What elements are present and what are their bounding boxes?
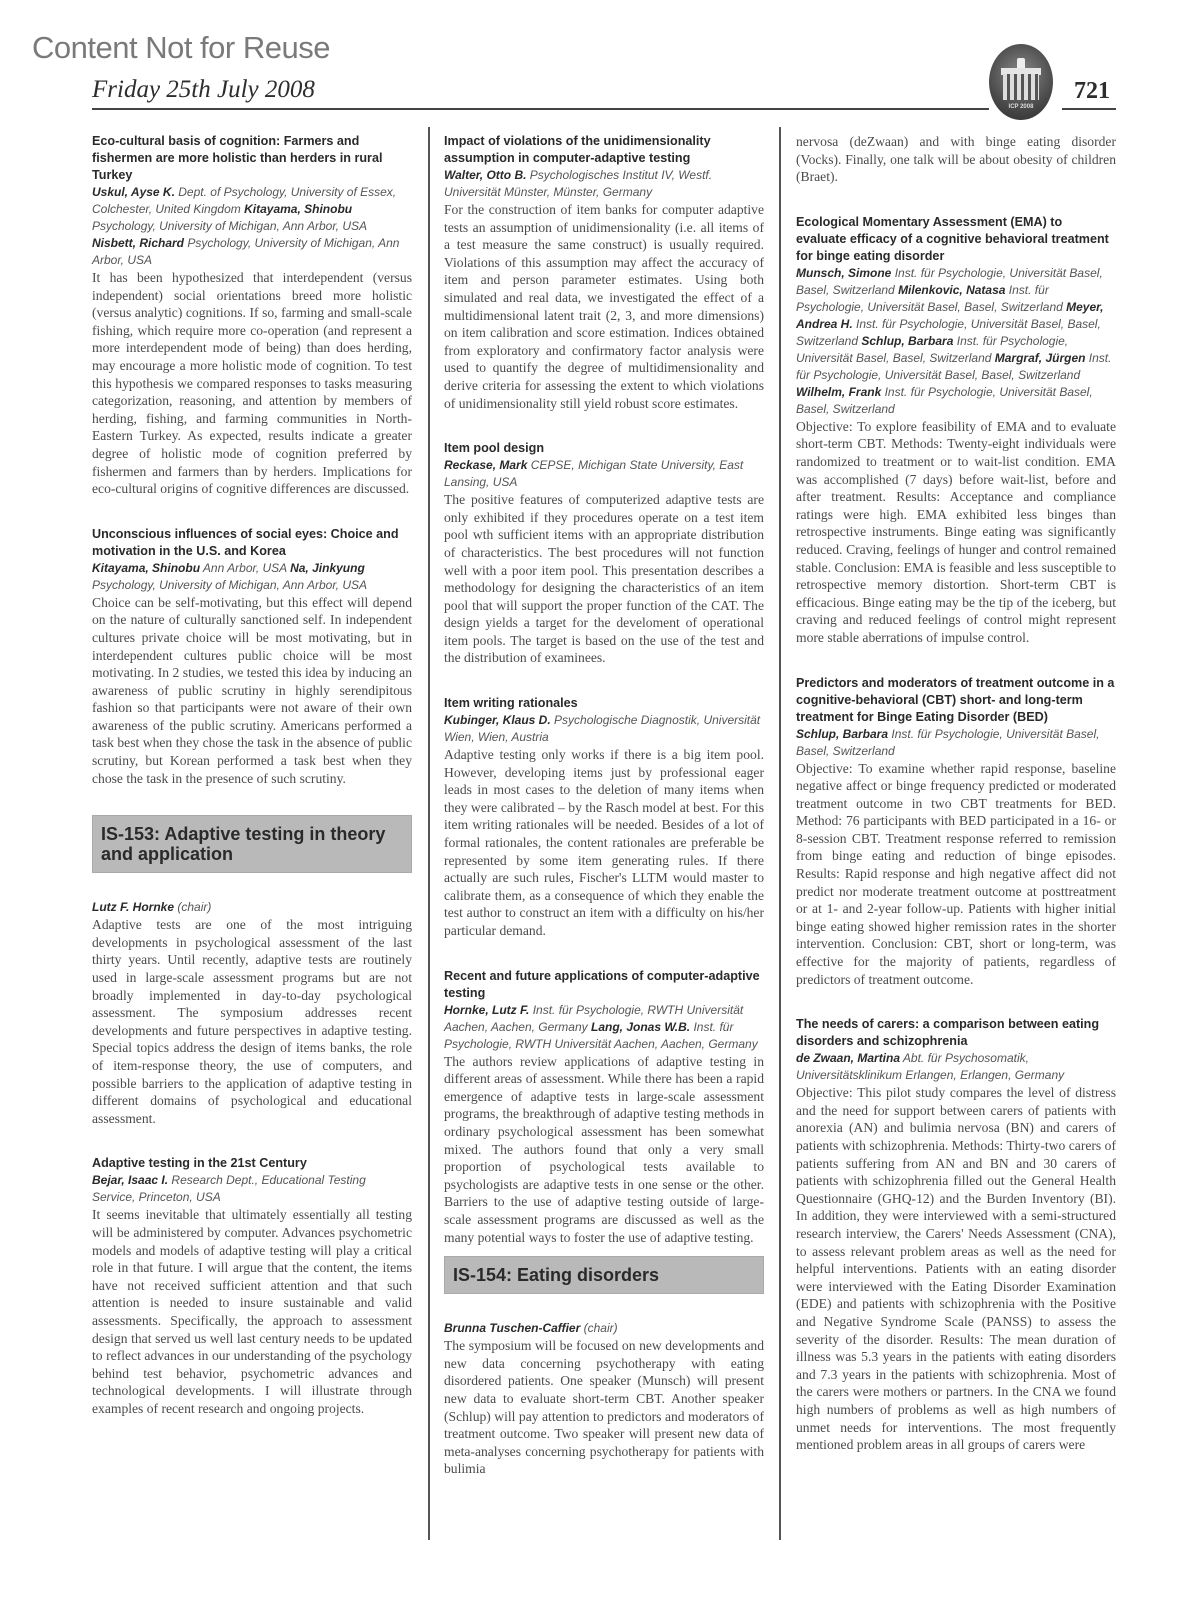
author-affiliation: Ann Arbor, USA xyxy=(203,561,287,575)
column-1: Eco-cultural basis of cognition: Farmers… xyxy=(92,133,412,1446)
column-2: Impact of violations of the unidimension… xyxy=(444,133,764,1506)
page-number: 721 xyxy=(1074,78,1110,105)
chair-label: (chair) xyxy=(584,1321,618,1335)
abstract-needs-of-carers: The needs of carers: a comparison betwee… xyxy=(796,1016,1116,1453)
session-heading-is-154: IS-154: Eating disorders xyxy=(444,1256,764,1294)
abstract-title: Item writing rationales xyxy=(444,695,764,712)
header-rule-right xyxy=(1062,108,1116,110)
chair-label: (chair) xyxy=(177,900,211,914)
abstract-title: The needs of carers: a comparison betwee… xyxy=(796,1016,1116,1050)
session-chair-block: Brunna Tuschen-Caffier (chair) The sympo… xyxy=(444,1320,764,1478)
session-chair-block: Lutz F. Hornke (chair) Adaptive tests ar… xyxy=(92,899,412,1127)
abstract-body: For the construction of item banks for c… xyxy=(444,201,764,412)
session-description: Adaptive tests are one of the most intri… xyxy=(92,916,412,1127)
session-heading-is-153: IS-153: Adaptive testing in theory and a… xyxy=(92,815,412,873)
column-divider-2 xyxy=(779,127,781,1540)
author-name: Schlup, Barbara xyxy=(861,334,953,348)
abstract-body: It seems inevitable that ultimately esse… xyxy=(92,1206,412,1417)
author-list: Munsch, Simone Inst. für Psychologie, Un… xyxy=(796,265,1116,418)
abstract-body: Objective: This pilot study compares the… xyxy=(796,1084,1116,1453)
session-description: The symposium will be focused on new dev… xyxy=(444,1337,764,1478)
author-affiliation: Psychology, University of Michigan, Ann … xyxy=(92,578,367,592)
author-name: Schlup, Barbara xyxy=(796,727,888,741)
author-list: Kubinger, Klaus D. Psychologische Diagno… xyxy=(444,712,764,746)
author-list: Reckase, Mark CEPSE, Michigan State Univ… xyxy=(444,457,764,491)
author-list: Walter, Otto B. Psychologisches Institut… xyxy=(444,167,764,201)
author-list: Schlup, Barbara Inst. für Psychologie, U… xyxy=(796,726,1116,760)
abstract-body: Objective: To explore feasibility of EMA… xyxy=(796,418,1116,647)
abstract-body: Objective: To examine whether rapid resp… xyxy=(796,760,1116,989)
abstract-title: Predictors and moderators of treatment o… xyxy=(796,675,1116,726)
author-list: Uskul, Ayse K. Dept. of Psychology, Univ… xyxy=(92,184,412,269)
quadriga-shape xyxy=(1017,58,1025,68)
session-description-continuation: nervosa (deZwaan) and with binge eating … xyxy=(796,133,1116,186)
abstract-title: Unconscious influences of social eyes: C… xyxy=(92,526,412,560)
abstract-item-writing: Item writing rationales Kubinger, Klaus … xyxy=(444,695,764,940)
author-name: de Zwaan, Martina xyxy=(796,1051,900,1065)
author-name: Kitayama, Shinobu xyxy=(92,561,200,575)
brandenburg-gate-logo-icon: ICP 2008 xyxy=(989,44,1053,120)
author-name: Uskul, Ayse K. xyxy=(92,185,175,199)
abstract-item-pool-design: Item pool design Reckase, Mark CEPSE, Mi… xyxy=(444,440,764,667)
running-header-date: Friday 25th July 2008 xyxy=(92,76,315,104)
abstract-title: Ecological Momentary Assessment (EMA) to… xyxy=(796,214,1116,265)
author-affiliation: Psychology, University of Michigan, Ann … xyxy=(92,219,367,233)
abstract-body: The authors review applications of adapt… xyxy=(444,1053,764,1247)
abstract-recent-future-cat: Recent and future applications of comput… xyxy=(444,968,764,1247)
author-name: Reckase, Mark xyxy=(444,458,527,472)
gate-columns-shape xyxy=(1003,74,1039,100)
abstract-title: Eco-cultural basis of cognition: Farmers… xyxy=(92,133,412,184)
column-3: nervosa (deZwaan) and with binge eating … xyxy=(796,133,1116,1482)
author-list: Hornke, Lutz F. Inst. für Psychologie, R… xyxy=(444,1002,764,1053)
abstract-eco-cultural: Eco-cultural basis of cognition: Farmers… xyxy=(92,133,412,498)
header-rule xyxy=(92,108,989,110)
watermark: Content Not for Reuse xyxy=(32,30,330,66)
author-name: Nisbett, Richard xyxy=(92,236,184,250)
author-name: Margraf, Jürgen xyxy=(995,351,1086,365)
author-name: Bejar, Isaac I. xyxy=(92,1173,168,1187)
author-list: Bejar, Isaac I. Research Dept., Educatio… xyxy=(92,1172,412,1206)
abstract-body: The positive features of computerized ad… xyxy=(444,491,764,667)
chair-name: Lutz F. Hornke xyxy=(92,900,174,914)
author-name: Wilhelm, Frank xyxy=(796,385,881,399)
abstract-social-eyes: Unconscious influences of social eyes: C… xyxy=(92,526,412,788)
logo-text: ICP 2008 xyxy=(989,104,1053,110)
author-list: Kitayama, Shinobu Ann Arbor, USA Na, Jin… xyxy=(92,560,412,594)
abstract-21st-century: Adaptive testing in the 21st Century Bej… xyxy=(92,1155,412,1417)
author-name: Munsch, Simone xyxy=(796,266,891,280)
author-list: de Zwaan, Martina Abt. für Psychosomatik… xyxy=(796,1050,1116,1084)
session-chair: Brunna Tuschen-Caffier (chair) xyxy=(444,1320,764,1337)
author-name: Walter, Otto B. xyxy=(444,168,526,182)
abstract-body: Choice can be self-motivating, but this … xyxy=(92,594,412,788)
abstract-title: Item pool design xyxy=(444,440,764,457)
abstract-body: It has been hypothesized that interdepen… xyxy=(92,269,412,498)
abstract-ema: Ecological Momentary Assessment (EMA) to… xyxy=(796,214,1116,647)
abstract-title: Impact of violations of the unidimension… xyxy=(444,133,764,167)
continuation-text: nervosa (deZwaan) and with binge eating … xyxy=(796,133,1116,186)
column-divider-1 xyxy=(428,127,430,1540)
author-name: Na, Jinkyung xyxy=(290,561,365,575)
author-name: Kitayama, Shinobu xyxy=(244,202,352,216)
author-name: Milenkovic, Natasa xyxy=(898,283,1005,297)
abstract-predictors-bed: Predictors and moderators of treatment o… xyxy=(796,675,1116,989)
chair-name: Brunna Tuschen-Caffier xyxy=(444,1321,580,1335)
author-name: Hornke, Lutz F. xyxy=(444,1003,529,1017)
abstract-title: Adaptive testing in the 21st Century xyxy=(92,1155,412,1172)
author-name: Kubinger, Klaus D. xyxy=(444,713,551,727)
abstract-unidimensionality: Impact of violations of the unidimension… xyxy=(444,133,764,412)
abstract-body: Adaptive testing only works if there is … xyxy=(444,746,764,940)
author-name: Lang, Jonas W.B. xyxy=(591,1020,690,1034)
abstract-title: Recent and future applications of comput… xyxy=(444,968,764,1002)
session-chair: Lutz F. Hornke (chair) xyxy=(92,899,412,916)
